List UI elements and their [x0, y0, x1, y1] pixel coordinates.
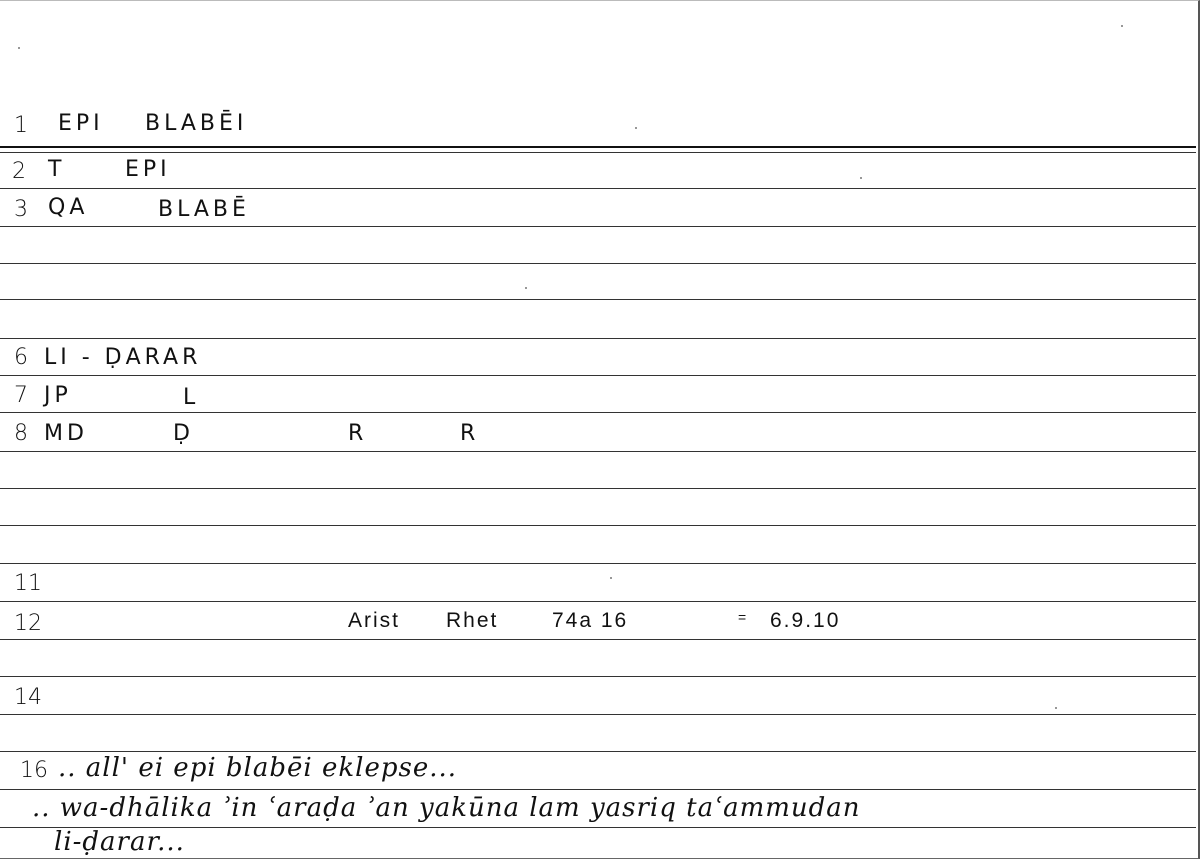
- lemma-transliteration: BLABĒI: [145, 111, 247, 136]
- ruled-line: [0, 152, 1196, 153]
- root-letter: L: [183, 385, 199, 410]
- ruled-line: [0, 714, 1196, 715]
- line-number: 7: [14, 383, 28, 408]
- ruled-line: [0, 639, 1196, 640]
- lemma-transliteration: EPI: [58, 111, 104, 136]
- source-term: QA: [48, 195, 88, 220]
- scan-speck: [1121, 25, 1123, 27]
- reference-author: Arist: [348, 609, 400, 633]
- ruled-line: [0, 412, 1196, 413]
- line-number: 2: [12, 159, 26, 184]
- ruled-line: [0, 375, 1196, 376]
- ruled-line: [0, 263, 1196, 264]
- reference-locus: 74a 16: [552, 609, 628, 633]
- ruled-line: [0, 299, 1196, 300]
- root-letter: R: [348, 421, 367, 446]
- manuscript-siglum: MD: [44, 421, 88, 446]
- ruled-line: [0, 451, 1196, 452]
- line-number: 1: [14, 113, 28, 138]
- ruled-line: [0, 188, 1196, 189]
- line-number: 14: [14, 685, 42, 710]
- ruled-line: [0, 751, 1196, 752]
- ruled-line: [0, 338, 1196, 339]
- source-term: T: [48, 157, 65, 182]
- ruled-line: [0, 525, 1196, 526]
- reference-equals: =: [738, 609, 748, 625]
- line-number: 11: [14, 571, 42, 596]
- scan-speck: [18, 47, 20, 49]
- root-letter: Ḍ: [173, 421, 194, 446]
- ruled-line: [0, 226, 1196, 227]
- line-number: 16: [20, 758, 48, 783]
- ruled-line: [0, 789, 1196, 790]
- scan-speck: [525, 287, 527, 289]
- line-number: 6: [14, 345, 28, 370]
- line-number: 3: [14, 197, 28, 222]
- line-number: 8: [14, 421, 28, 446]
- scan-speck: [860, 177, 862, 179]
- arabic-translation-cont: li-ḍarar...: [54, 827, 185, 857]
- source-term: BLABĒ: [158, 197, 250, 222]
- line-number: 12: [14, 611, 42, 636]
- ruled-line: [0, 601, 1196, 602]
- greek-quotation: .. all' ei epi blabēi eklepse...: [58, 753, 457, 783]
- target-term: LI - ḌARAR: [44, 345, 201, 370]
- source-term: EPI: [125, 157, 171, 182]
- index-card: 1 EPI BLABĒI 2 T EPI 3 QA BLABĒ 6 LI - Ḍ…: [0, 0, 1200, 859]
- root-letter: R: [460, 421, 479, 446]
- ruled-line: [0, 563, 1196, 564]
- scan-speck: [635, 127, 637, 129]
- scan-speck: [1055, 707, 1057, 709]
- ruled-line: [0, 146, 1196, 148]
- scan-speck: [610, 577, 612, 579]
- manuscript-siglum: JP: [44, 383, 72, 408]
- reference-work: Rhet: [446, 609, 498, 633]
- ruled-line: [0, 676, 1196, 677]
- reference-page: 6.9.10: [770, 609, 840, 633]
- ruled-line: [0, 488, 1196, 489]
- arabic-translation: .. wa-dhālika ʾin ʿaraḍa ʾan yakūna lam …: [32, 793, 861, 823]
